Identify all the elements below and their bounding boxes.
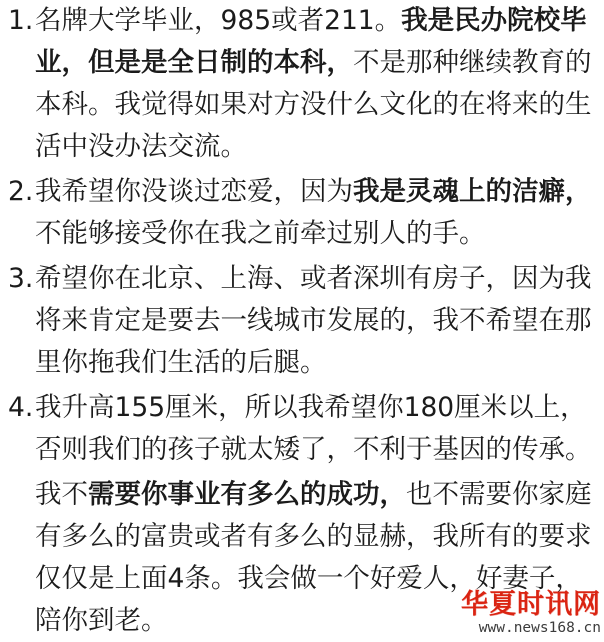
- text-line: 里你拖我们生活的后腿。: [35, 342, 598, 384]
- emphasized-text-segment: 需要你事业有多么的成功，: [88, 479, 406, 510]
- text-line: 我升高155厘米，所以我希望你180厘米以上，: [35, 387, 598, 429]
- text-lines: 名牌大学毕业，985或者211。我是民办院校毕业，但是是全日制的本科，不是那种继…: [35, 0, 598, 168]
- text-line: 否则我们的孩子就太矮了，不利于基因的传承。: [35, 429, 598, 471]
- list-item-number: 3.: [8, 258, 35, 384]
- text-segment: 陪你到老。: [35, 605, 168, 636]
- closing-paragraph: 我不需要你事业有多么的成功，也不需要你家庭有多么的富贵或者有多么的显赫，我所有的…: [35, 474, 598, 642]
- text-segment: 希望你在北京、上海、或者深圳有房子，因为我: [35, 263, 592, 294]
- text-line: 名牌大学毕业，985或者211。我是民办院校毕: [35, 0, 598, 42]
- text-line: 有多么的富贵或者有多么的显赫，我所有的要求: [35, 516, 598, 558]
- text-segment: 里你拖我们生活的后腿。: [35, 347, 327, 378]
- list-item-number: 2.: [8, 171, 35, 255]
- text-segment: 我升高155厘米，所以我希望你180厘米以上，: [35, 392, 587, 423]
- document-body: 1.名牌大学毕业，985或者211。我是民办院校毕业，但是是全日制的本科，不是那…: [0, 0, 604, 642]
- list-item: 3.希望你在北京、上海、或者深圳有房子，因为我将来肯定是要去一线城市发展的，我不…: [8, 258, 598, 384]
- text-line: 活中没办法交流。: [35, 126, 598, 168]
- emphasized-text-segment: 我是灵魂上的洁癖，: [353, 176, 592, 207]
- list-item: 1.名牌大学毕业，985或者211。我是民办院校毕业，但是是全日制的本科，不是那…: [8, 0, 598, 168]
- text-segment: 也不需要你家庭: [406, 479, 592, 510]
- text-line: 我希望你没谈过恋爱，因为我是灵魂上的洁癖，: [35, 171, 598, 213]
- emphasized-text-segment: 我是民办院校毕: [401, 5, 587, 36]
- text-segment: 仅仅是上面4条。我会做一个好爱人，好妻子，: [35, 563, 582, 594]
- text-segment: 将来肯定是要去一线城市发展的，我不希望在那: [35, 305, 592, 336]
- text-segment: 否则我们的孩子就太矮了，不利于基因的传承。: [35, 434, 592, 465]
- list-item-number: 1.: [8, 0, 35, 168]
- text-segment: 活中没办法交流。: [35, 131, 247, 162]
- text-lines: 希望你在北京、上海、或者深圳有房子，因为我将来肯定是要去一线城市发展的，我不希望…: [35, 258, 598, 384]
- emphasized-text-segment: 业，但是是全日制的本科，: [35, 47, 353, 78]
- text-segment: 名牌大学毕业，985或者211。: [35, 5, 401, 36]
- text-line: 将来肯定是要去一线城市发展的，我不希望在那: [35, 300, 598, 342]
- text-line: 不能够接受你在我之前牵过别人的手。: [35, 213, 598, 255]
- text-lines: 我希望你没谈过恋爱，因为我是灵魂上的洁癖，不能够接受你在我之前牵过别人的手。: [35, 171, 598, 255]
- text-line: 希望你在北京、上海、或者深圳有房子，因为我: [35, 258, 598, 300]
- list-item-number: 4.: [8, 387, 35, 471]
- text-segment: 本科。我觉得如果对方没什么文化的在将来的生: [35, 89, 592, 120]
- text-line: 我不需要你事业有多么的成功，也不需要你家庭: [35, 474, 598, 516]
- text-segment: 不能够接受你在我之前牵过别人的手。: [35, 218, 486, 249]
- list-item: 4.我升高155厘米，所以我希望你180厘米以上，否则我们的孩子就太矮了，不利于…: [8, 387, 598, 471]
- list-item: 2.我希望你没谈过恋爱，因为我是灵魂上的洁癖，不能够接受你在我之前牵过别人的手。: [8, 171, 598, 255]
- text-line: 仅仅是上面4条。我会做一个好爱人，好妻子，: [35, 558, 598, 600]
- text-segment: 我不: [35, 479, 88, 510]
- text-lines: 我升高155厘米，所以我希望你180厘米以上，否则我们的孩子就太矮了，不利于基因…: [35, 387, 598, 471]
- text-line: 陪你到老。: [35, 600, 598, 642]
- text-segment: 有多么的富贵或者有多么的显赫，我所有的要求: [35, 521, 592, 552]
- text-lines: 我不需要你事业有多么的成功，也不需要你家庭有多么的富贵或者有多么的显赫，我所有的…: [35, 474, 598, 642]
- text-line: 业，但是是全日制的本科，不是那种继续教育的: [35, 42, 598, 84]
- text-line: 本科。我觉得如果对方没什么文化的在将来的生: [35, 84, 598, 126]
- text-segment: 我希望你没谈过恋爱，因为: [35, 176, 353, 207]
- requirements-list: 1.名牌大学毕业，985或者211。我是民办院校毕业，但是是全日制的本科，不是那…: [8, 0, 598, 471]
- text-segment: 不是那种继续教育的: [353, 47, 592, 78]
